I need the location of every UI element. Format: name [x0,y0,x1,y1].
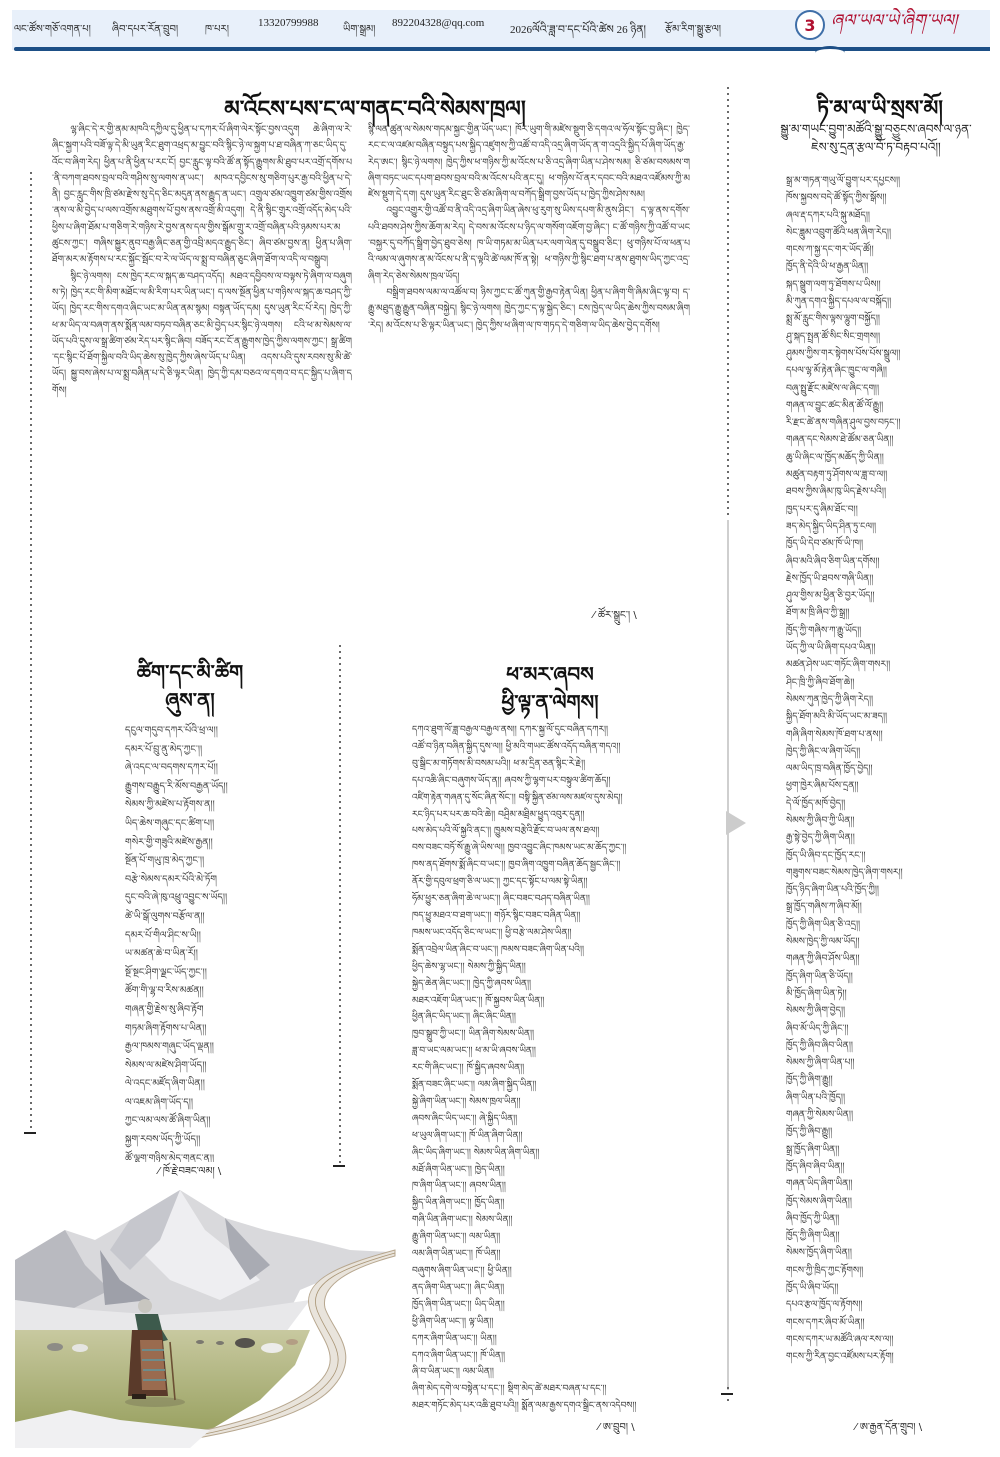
right-gray-rule [727,520,729,1390]
poem-line: གཞན་ཀྱི་སེམས་ཡིན།། [786,1106,996,1123]
poem-line: ཞིབ་མོ་ཡིད་ཀྱི་ཞིང་།། [786,1020,996,1037]
paragraph: སྙི་ལན་ཚུན་ལ་སེམས་གདམ་སྐྱང་གྱིན་ཡོད་ཡང་།… [368,122,690,203]
left-dotted-rule [30,170,32,1130]
poem-line: བུ་སྒྲིང་མ་གཏོགས་མི་བསམ་པའི།། ཕ་མ་དྲིན་ཅ… [412,756,702,773]
poem-line: ཡ་མཚན་ཆེ་བ་ཡིན་རོ།། [125,945,325,964]
poem-line: ཟད་མེད་སྐྱིད་ཡིད་ཤིན་ཏུ་ངལ།། [786,518,996,535]
poem-line: ཀྱང་ལམ་ལས་ཚོ་ཞིག་ཡིན།། [125,1112,325,1131]
poem-line: མཐར་འཇོག་ཡིན་ཡང་།། ཁོ་སྐྱབས་ཡིན་ཡིན།། [412,993,702,1010]
poem-line: ལེ་འདང་མཛོད་ཞིག་ཡིན།། [125,1075,325,1094]
poem-line: གཏམ་ཞིག་རྟོགས་པ་ཡིན།། [125,1020,325,1039]
main-article-author: ⁄ ཚོར་སྒྲུང་། \ [593,604,637,632]
poem-line: ཁྱོད་ཀྱི་ཞིག་ཡིན་ཅི་འདྲ།། [786,916,996,933]
poem-line: དངུལ་གདུབ་དཀར་པོའི་ཕྲ་ལ།། [125,722,325,741]
poem-line: ཧོམ་ཕྱུར་ཅན་ཞིག་ཆེ་ལ་ཡང་།། ཞིང་བཟང་བཤད་བ… [412,891,702,908]
poem-line: འཛིག་རྟེན་གཞན་དུ་སོང་ཞིན་སོང་།། བསྟི་སྐྱ… [412,790,702,807]
poem-line: ཡིད་ཆེས་གཞུང་དང་ཚིག་པ།། [125,815,325,834]
middle-poem-author: ⁄ ཨ་བྲུབ། \ [598,1416,635,1444]
poem-line: ཤིང་ཁྲི་ཀྱི་ཞིབ་ཐོག་ཆེ།། [786,674,996,691]
left-poem-author: ⁄ ཁོ་རྗེ་བཟང་ལམ། \ [158,1160,221,1188]
poem-line: སྨྲ་མོ་རླུང་གིས་ལྟས་ལྷུག་བསྐྱོད།། [786,310,996,327]
poem-line: བས་བཟང་བཏོ་སོ་རྒྱུ་ཞེ་ཡིས་ལ།། ཁྱབ་འབྱུང་… [412,840,702,857]
poem-line: ཁོས་སྐྱབས་བདེ་ཚོ་སྟོད་ཀྱིས་སྒོས།། [786,189,996,206]
poem-line: ཆུ་ཡི་ཞིང་ལ་ཁྱོད་མཆོད་ཀྱི་ཡིན།། [786,449,996,466]
poem-line: རྒྱ་སྟེ་བྱེད་ཀྱི་ཞིག་ཡིན།། [786,829,996,846]
editor: ཞིབ་དཔར་རོན་བྲུབ། [112,18,178,46]
poem-line: སེམས་ཁྱོད་ཞིག་ཡིན།། [786,1244,996,1261]
poem-line: ཞིག་མེད་དགེ་ལ་བསྟེན་པ་དང་།། སྡིག་མེད་ཚེ་… [412,1381,702,1398]
poem-line: ཁྱོད་ཉིད་ཞིག་ཡིན་པའི་ཁྱོད་ཀྱི།། [786,881,996,898]
poem-line: ལམ་ཡིད་ཁྲ་བཞིན་ཁྱོད་བྱེད།། [786,760,996,777]
poem-line: དེ་ལོ་ཁྱོད་མཁོ་བྱེད།། [786,795,996,812]
poem-line: གཞན་ཡིད་ཞིག་ཡིན།། [786,1175,996,1192]
poem-line: ཟླ་བ་ཡང་ལམ་ཡང་།། ཕ་མ་ཡི་ཞབས་ཡིན།། [412,1043,702,1060]
middle-rule-end [333,1165,345,1167]
right-rule-end [721,1393,733,1395]
poem-line: དཔལ་ལྷ་མོ་རྟེན་ཞིང་ཁྱུང་ལ་གཞི།། [786,362,996,379]
poem-line: བརྩེ་སེམས་དམར་པོའི་མེ་ཏོག [125,871,325,890]
poem-line: སྐད་སྒྲུག་ལག་ཏུ་ཐོགས་པ་ཡིས།། [786,276,996,293]
email-label: ཡིག་སྒྲམ། [343,18,375,46]
poem-line: སེང་ཟླུམ་འབྲུག་ཚོའི་ཕན་ཞིག་རེད།། [786,224,996,241]
poem-line: ཁྱོད་ཞིག་ཡིན་ཅི་ཡོད།། [786,968,996,985]
poem-line: ཁྱེད་ཀྱི་ཞིང་ལ་ཞིག་ཡོད།། [786,743,996,760]
poem-line: མི་ཀུན་དགའ་སྐྱིད་དཔལ་ལ་བསྐོད།། [786,293,996,310]
publisher: ལང་ཚོས་གཅོ་འགན་པ། [14,18,91,46]
main-article-col2: སྙི་ལན་ཚུན་ལ་སེམས་གདམ་སྐྱང་གྱིན་ཡོད་ཡང་།… [368,122,690,600]
poem-line: ཞིབ་མའི་ཞིབ་ཅིག་ཡིན་དགོས།། [786,553,996,570]
poem-line: དཔ་འཆི་ཞིང་བཞུགས་ཡོད་ན།། ཞབས་ཀྱི་ལྷག་པར་… [412,773,702,790]
poem-line: ཁྱོད་ཞིག་ཡིན་ཡང་།། ཡིད་ཡིན།། [412,1297,702,1314]
poem-line: ཁ་ཞིག་ཡིན་ཡང་།། ཞབས་ཡིན།། [412,1178,702,1195]
paragraph: སྙིང་ཉེ་ལགས། ངས་ཁྱེད་རང་ལ་སྐད་ཆ་བཤད་འདོད… [52,269,352,399]
poem-line: དམར་པོ་བྲུ་ནུ་མེད་ཀྱང་།། [125,741,325,760]
phone-label: ཁ་པར། [205,18,229,46]
poem-line: ཁས་ནད་ཐོགས་སྨོ་ཞིང་བ་ཡང་།། ཁྱབ་ཞིག་འཁྱུག… [412,857,702,874]
bracket-right-icon: \ [630,610,637,621]
poem-line: ཁྱོད་ནི་དེའི་ཡི་ཕ་རྒྱན་ཡིན།། [786,258,996,275]
poem-line: མཐོ་ཞིག་ཡིན་ཡང་།། ཁྱེད་ཡིན།། [412,1162,702,1179]
right-dotted-rule [727,85,729,515]
page-name: ཞལ་ཡལ་ཡེ་ཞིག་ཡལ། [831,1,957,49]
right-article-subtitle: སྒྱུ་མ་གཡང་བྱུག་མཚོའི་སྒྱུ་བཅྱུངས་ཞབས་ལ་… [752,120,1000,156]
poem-line: ཤུ་སྐད་སྤྲན་ཚོ་སིང་སིང་གྲགས།། [786,328,996,345]
poem-line: ཁྱོད་སེམས་ཞིག་ཡིན།། [786,1193,996,1210]
poem-line: ཕྱིན་ཞིང་ཡིད་ཡང་།། ཞིང་ཞིང་ཡིན།། [412,1009,702,1026]
main-article-col1: ལྷ་ཞིང་དེ་ར་གྱི་ནམ་མཁའི་དཀྱིལ་དུ་ཕྱིན་པ་… [52,122,352,612]
poem-line: སེམས་ཀུན་ཁྱེད་ཀྱི་ཞིག་རེད།། [786,691,996,708]
poem-line: གངས་དཀར་ཞིབ་མོ་ཡིན།། [786,1314,996,1331]
poem-line: དམར་པོ་གིལ་ཤིང་ས་ཡི།། [125,927,325,946]
poem-line: གཟུགས་བཟང་སེམས་ཁྱེད་ཞིག་གསར།། [786,864,996,881]
left-rule-end [24,1132,36,1134]
poem-line: ཞིག་ཡིན་པའི་ཁྱོད།། [786,1089,996,1106]
poem-line: སེམས་ཀྱི་ཞིག་ཡིན་པ།། [786,1054,996,1071]
poem-line: པས་མེད་པའི་ལོ་སྐྱའི་ནང་།། ཁྱུམས་བརྩེའི་ར… [412,823,702,840]
poem-line: རྒྱུགས་བརྒྱུད་རི་མོས་བརྒྱན་ཡོད།། [125,778,325,797]
poem-line: སྐྱེ་ཞིག་ཡིན་ཡང་།། སེམས་ཁྲལ་ཡིན།། [412,1094,702,1111]
phone-number: 13320799988 [258,17,319,29]
paragraph: བསྒྲིག་ཐབས་ལམ་ལ་འཚོལ་བ། ཉིས་ཀྱང་ང་ཚོ་ཀུན… [368,285,690,334]
illustration-elderly-woman-snow-mountain [10,1190,400,1448]
poem-line: བཞུ་སྤྲུ་རྫོང་མཛེས་ལ་ཞིང་དག།། [786,380,996,397]
poem-line: ཁད་ཕྱུ་མཐའ་བ་ཐག་ཡང་།། གཉོར་སྙིང་བཟང་བཞིན… [412,908,702,925]
poem-line: གཞན་གྱི་རྗེས་སུ་ཞིབ་རྟོག [125,1001,325,1020]
poem-line: ཕྱི་ཞིག་ཡིན་ཡང་།། ལྟ་ཡིན།། [412,1314,702,1331]
poem-line: གཞི་ཞིག་སེམས་ཁོ་ཐག་པ་ནས།། [786,726,996,743]
poem-line: གསེར་གྱི་གཟུའི་མཛེས་རྒྱན།། [125,834,325,853]
poem-line: ཚོག་གི་ལྷ་བ་རིས་མཚན།། [125,982,325,1001]
poem-line: ཐབས་ཀྱིས་ཞིམ་ཁུ་ཡིད་རྗེས་པའི།། [786,483,996,500]
poem-line: མི་ཁྱོད་ཞིག་ཡིན་ཏེ།། [786,985,996,1002]
poem-line: གཞི་ཡིན་ཞིག་ཡང་།། སེམས་ཡིན།། [412,1212,702,1229]
paragraph: ལྷ་ཞིང་དེ་ར་གྱི་ནམ་མཁའི་དཀྱིལ་དུ་ཕྱིན་པ་… [52,122,352,269]
poem-line: དུང་བའི་ཞེ་ཁུ་འཕྲུ་འབྱུང་ས་ཡོད།། [125,889,325,908]
poem-line: ཞི་བ་ཡིན་ཡང་།། ལམ་ཡིན།། [412,1364,702,1381]
poem-line: རྒྱལ་ཁམས་གཞུང་ཡོད་ལྡན།། [125,1038,325,1057]
section-name: རྩོམ་རིག་སྒྱུ་རྩལ། [665,18,721,46]
poem-line: སེམས་ཀྱི་ཞིབ་ཀྱི་ཡིན།། [786,812,996,829]
poem-line: རྒྱུ་ཞིག་ཡིན་ཡང་།། ལམ་ཡིན།། [412,1229,702,1246]
poem-line: གངས་ཀྱི་ཁྲིད་ཀྱང་རྟོགས།། [786,1262,996,1279]
poem-line: ཞལ་རྡ་དཀར་པའི་སྐུ་མཐོད།། [786,207,996,224]
poem-line: རང་ཉིད་པར་པར་ཆ་བའི་ཆེ།། བཤྲིམ་མཐྲིམ་ཕྱུད… [412,807,702,824]
poem-line: དཔའ་རྩལ་ཁྱོད་ལ་རྟོགས།། [786,1296,996,1313]
poem-line: གངས་ཀྱི་རིན་བྱང་འཛོམས་པར་རྟོག། [786,1348,996,1365]
poem-line: དཀའ་ཐུག་ལོ་ཟླ་བརྒྱལ་བརྒྱལ་ནས།། དཀར་སྐྱ་ལ… [412,722,702,739]
poem-line: རྗེས་ཁྱོད་ཡི་ཐབས་གཞི་ཡིན།། [786,570,996,587]
poem-line: ཕ་ཡུལ་ཞིག་ཡང་།། ཁོ་ཡིན་ཞིག་ཡིན།། [412,1128,702,1145]
poem-line: ཁྱོད་ཡི་ཞིབ་དང་ཁྱོད་རང་།། [786,847,996,864]
poem-line: མཚན་ཤེས་ཡང་གཏོང་ཞིག་གསར།། [786,656,996,673]
right-article-author: ⁄ ཨ་རྒྱན་དོན་གྲུབ། \ [855,1416,922,1444]
poem-line: དཀར་ཞིག་ཡིན་ཡང་།། ཡིན།། [412,1331,702,1348]
poem-line: སྐྱིད་ཡིན་ཞིག་ཡང་།། ཁྱོད་ཡིན།། [412,1195,702,1212]
poem-line: སྒྲ་མ་གཏན་གཡུ་ལོ་བྱུག་པར་དཔྱངས།། [786,172,996,189]
poem-line: ཁྱོད་ཡི་དེབ་ཙམ་ཁོ་ཡི་ཁ།། [786,535,996,552]
left-poem-body: དངུལ་གདུབ་དཀར་པོའི་ཕྲ་ལ།།དམར་པོ་བྲུ་ནུ་མ… [125,722,325,1162]
poem-line: ཁྱོད་ཀྱི་ཞིག་རྒྱུ།། [786,1071,996,1088]
poem-line: ཤུལ་གྱིས་མ་ཕྱིན་ཅི་བྱར་ཡོད།། [786,587,996,604]
page-logo: 3 ཞལ་ཡལ་ཡེ་ཞིག་ཡལ། [795,10,957,40]
poem-line: ལམ་ཞིག་ཡིན་ཡང་།། ཁོ་ཡིན།། [412,1246,702,1263]
poem-line: འཚོ་བ་ཉིན་བཞིན་སྐྱིད་དུས་ལ།། ཕྱི་མའི་གཡང… [412,739,702,756]
poem-line: སྒྲ་ཁྱོད་གཞིས་ཀ་ཞིབ་མོ།། [786,898,996,915]
page-number-badge: 3 [795,10,825,40]
poem-line: ཁྱབ་སྒྲུབ་ཀྱི་ཡང་།། ཡིན་ཞིག་སེམས་ཡིན།། [412,1026,702,1043]
right-dotted-rule-bottom [727,1385,729,1405]
poem-line: ཚོ་ལྷག་གཉིས་མེད་གནང་ན།། [125,1150,325,1162]
poem-line: སྐྱེད་ཆེན་ཞིང་ཡང་།། ཁྱེད་ཀྱི་ཞབས་ཡིན།། [412,976,702,993]
poem-line: ཕྱག་ཁྱེར་ཞིམ་པོས་དྲན།། [786,777,996,794]
poem-line: ཁམས་ཡང་འདོད་ཅིང་ལ་ཡང་།། ཕྱི་བརྩེ་ལམ་ཤེས་… [412,925,702,942]
continue-arrow-icon [726,811,746,835]
poem-line: ནད་ཞིག་ཡིན་ཡང་།། ཞིང་ཡིན།། [412,1280,702,1297]
poem-line: སྒྲ་ཁྱོད་ཞིག་ཡིན།། [786,1141,996,1158]
poem-line: གངས་དཀར་ཡ་མཚོའི་ཞལ་རས་ལ།། [786,1331,996,1348]
middle-dotted-rule [339,643,341,1163]
middle-poem-body: དཀའ་ཐུག་ལོ་ཟླ་བརྒྱལ་བརྒྱལ་ནས།། དཀར་སྐྱ་ལ… [412,722,702,1412]
issue-date: 2026ལོའི་ཟླ་བ་དང་པོའི་ཚེས 26 ཉིན། [510,17,646,48]
poem-line: སེམས་ཀྱི་ཞིག་བྱེད།། [786,1002,996,1019]
poem-line: སྐྱག་རབས་ཡོད་ཀྱི་ཡོད།། [125,1131,325,1150]
poem-line: སྐྱིད་ཐོག་མའི་མི་ཡོད་ཡང་མ་ཟད།། [786,708,996,725]
poem-line: མཐར་གཏོང་མེད་པར་འཆི་ཐུབ་པའི།། སྨོན་ལམ་རྒ… [412,1398,702,1412]
poem-line: ལ་འཇམ་ཞིག་ཡོད་ད།། [125,1094,325,1113]
poem-line: སེམས་ལ་མཛེས་ཤིག་ཡོད།། [125,1057,325,1076]
poem-line: ཞིང་ཡིད་ཞིག་ཡང་།། སེམས་ཡིན་ཞིག་ཡིན།། [412,1145,702,1162]
poem-line: ཚེ་ཡི་སྒོ་ལུགས་བརྩོལ་ན།། [125,908,325,927]
poem-line: དཀའ་ཞིག་ཡིན་ཡང་།། ཁོ་ཡིན།། [412,1348,702,1365]
poem-line: སྨོན་བཟང་ཞིང་ཡང་།། ལམ་ཞིག་སྐྱིད་ཡིན།། [412,1077,702,1094]
poem-line: རི་རྫང་ཚེ་ནས་གཞིན་ཤུལ་བྱས་བཏང་།། [786,414,996,431]
poem-line: རང་གི་ཞིང་ཡང་།། ཁོ་སྐྱིད་ཞབས་ཡིན།། [412,1060,702,1077]
poem-line: ཁྱད་པར་དུ་ཞིམ་ཐོང་བ།། [786,501,996,518]
poem-line: ཁྱོད་ཞིབ་ཞིབ་ཡིན།། [786,1158,996,1175]
poem-line: ཐོག་མ་ཁྲི་ཞིབ་ཀྱི་སྒྲ།། [786,604,996,621]
email-address: 892204328@qq.com [392,17,484,29]
poem-line: སེམས་ཁྱེད་ཀྱི་ལམ་ཡོད།། [786,933,996,950]
poem-line: ཞབས་ཞིང་ཡིད་ཡང་།། ཞེ་སྐྱིད་ཡིན།། [412,1111,702,1128]
poem-line: ཕྱིད་ཆེས་ལྷ་ཡང་།། སེམས་ཀྱི་སྐྱིད་ཡིན།། [412,959,702,976]
poem-line: སེམས་ཀྱི་མཛེས་པ་རྟོགས་ན།། [125,796,325,815]
poem-line: ཡོད་ཀྱི་ལ་ཡི་ཞིག་དཔའ་ཡིན།། [786,639,996,656]
poem-line: གཞན་དང་སེམས་ཐེ་ཚོམ་ཅན་ཡིན།། [786,431,996,448]
right-poem-body: སྒྲ་མ་གཏན་གཡུ་ལོ་བྱུག་པར་དཔྱངས།།ཁོས་སྐྱབ… [786,172,996,1392]
poem-line: ཁྱོད་ཡི་ཞིབ་ཡོད།། [786,1279,996,1296]
poem-line: སྔོ་སྔང་ཤིག་ལྗང་ཡོད་ཀྱང་།། [125,964,325,983]
poem-line: ཁྱོད་ཀྱི་ཞིག་ཡིན།། [786,1227,996,1244]
poem-line: ཁྱོད་ཀྱི་ཞིབ་རྒྱུ།། [786,1123,996,1140]
poem-line: གཞན་ཀྱི་ཞིབ་ཤོས་ཡིན།། [786,950,996,967]
poem-line: མཚུན་བརྟག་ཏུ་ཤོགས་ལ་ཟླ་བ་ལ།། [786,466,996,483]
poem-line: ཞིབ་ཁྱོད་ཀྱི་ཡིན།། [786,1210,996,1227]
poem-line: གཞན་ལ་བྱུང་ཚང་མིན་ཚོ་ལོ་རྒྱུ།། [786,397,996,414]
poem-line: བཞུགས་ཞིག་ཡིན་ཡང་།། ཕྱི་ཡིན།། [412,1263,702,1280]
poem-line: ཁྱོད་ཀྱི་ཞིབ་ཞིབ་ཡིན།། [786,1037,996,1054]
poem-line: ཁྱོད་ཀྱི་གཞིས་ཀ་རྒྱུ་ཡོད།། [786,622,996,639]
poem-line: ནོར་གྱི་དབུལ་ཕྲག་ཅི་ལ་ཡང་།། ཀྱང་དང་སྟོང་… [412,874,702,891]
poem-line: ཞེ་འདང་ལ་བདགས་དཀར་པོ།། [125,759,325,778]
poem-line: གངས་ཀ་སྐྱ་དང་གར་ཡོད་ཚོ།། [786,241,996,258]
poem-line: ཤུམས་ཀྱིས་གར་སྟེགས་པོས་པོས་སྒྲུལ།། [786,345,996,362]
poem-line: སྨོན་འབྲེལ་ཡིན་ཞིང་བ་ཡང་།། ཁམས་བཟང་ཞིག་ཡ… [412,942,702,959]
poem-line: སྔོན་པོ་གཡུ་ཁྲ་མེད་ཀྱང་།། [125,852,325,871]
paragraph: འབྱུང་འགྱུར་གྱི་འཚོ་བ་ནི་འདི་འདྲ་ཞིག་ཡིན… [368,203,690,284]
